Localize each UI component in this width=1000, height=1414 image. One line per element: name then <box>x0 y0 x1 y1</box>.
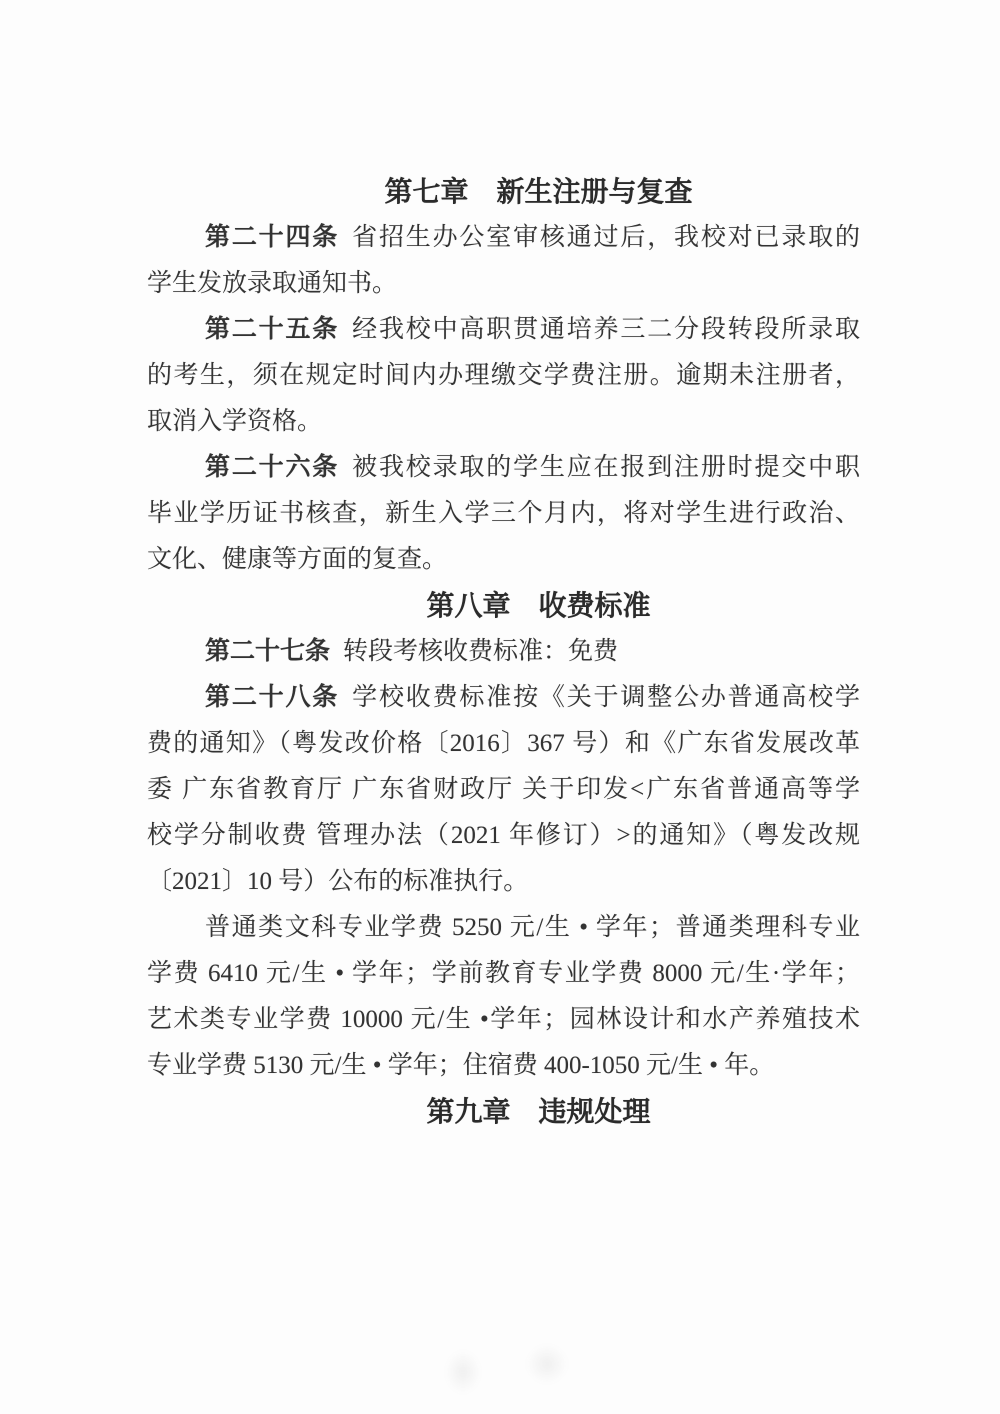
article-26-line-1: 第二十六条被我校录取的学生应在报到注册时提交中职 <box>147 445 860 491</box>
document-body: 第七章 新生注册与复查 第二十四条省招生办公室审核通过后，我校对已录取的 学生发… <box>147 169 860 1135</box>
article-28-line-5: 〔2021〕10 号）公布的标准执行。 <box>147 859 860 905</box>
article-25-number: 第二十五条 <box>205 316 339 343</box>
article-28-number: 第二十八条 <box>205 684 339 711</box>
article-24-line-2: 学生发放录取通知书。 <box>147 261 860 307</box>
fees-line-3: 艺术类专业学费 10000 元/生 •学年；园林设计和水产养殖技术 <box>147 997 860 1043</box>
article-25-text: 经我校中高职贯通培养三二分段转段所录取 <box>352 316 860 343</box>
article-28-line-4: 校学分制收费 管理办法（2021 年修订）>的通知》（粤发改规 <box>147 813 860 859</box>
fees-line-2: 学费 6410 元/生 • 学年；学前教育专业学费 8000 元/生·学年； <box>147 951 860 997</box>
article-26-line-2: 毕业学历证书核查，新生入学三个月内，将对学生进行政治、 <box>147 491 860 537</box>
article-26-line-3: 文化、健康等方面的复查。 <box>147 537 860 583</box>
fees-line-4: 专业学费 5130 元/生 • 学年；住宿费 400-1050 元/生 • 年。 <box>147 1043 860 1089</box>
chapter-9-heading: 第九章 违规处理 <box>182 1089 895 1135</box>
article-24-line-1: 第二十四条省招生办公室审核通过后，我校对已录取的 <box>147 215 860 261</box>
article-24-text: 省招生办公室审核通过后，我校对已录取的 <box>352 224 860 251</box>
scan-smudge <box>526 1344 568 1384</box>
article-25-line-2: 的考生，须在规定时间内办理缴交学费注册。逾期未注册者， <box>147 353 860 399</box>
article-27-text: 转段考核收费标准：免费 <box>343 638 618 665</box>
article-28-text: 学校收费标准按《关于调整公办普通高校学 <box>352 684 860 711</box>
article-26-number: 第二十六条 <box>205 454 339 481</box>
article-25-line-1: 第二十五条经我校中高职贯通培养三二分段转段所录取 <box>147 307 860 353</box>
article-24-number: 第二十四条 <box>205 224 339 251</box>
article-28-line-2: 费的通知》（粤发改价格〔2016〕367 号）和《广东省发展改革 <box>147 721 860 767</box>
article-26-text: 被我校录取的学生应在报到注册时提交中职 <box>352 454 860 481</box>
article-25-line-3: 取消入学资格。 <box>147 399 860 445</box>
article-28-line-1: 第二十八条学校收费标准按《关于调整公办普通高校学 <box>147 675 860 721</box>
scan-smudge <box>445 1350 481 1394</box>
fees-line-1: 普通类文科专业学费 5250 元/生 • 学年；普通类理科专业 <box>147 905 860 951</box>
article-27-line-1: 第二十七条转段考核收费标准：免费 <box>147 629 860 675</box>
article-28-line-3: 委 广东省教育厅 广东省财政厅 关于印发<广东省普通高等学 <box>147 767 860 813</box>
chapter-8-heading: 第八章 收费标准 <box>182 583 895 629</box>
article-27-number: 第二十七条 <box>205 638 330 665</box>
chapter-7-heading: 第七章 新生注册与复查 <box>182 169 895 215</box>
